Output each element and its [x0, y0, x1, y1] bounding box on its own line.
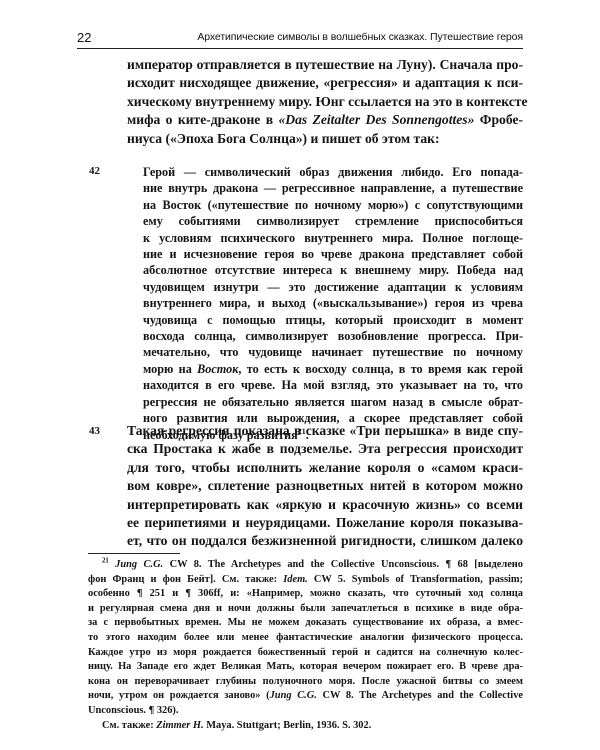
italic-word: Восток	[197, 362, 238, 376]
text-line: ска Простака к жабе в подземелье. Эта ре…	[127, 440, 523, 458]
margin-paragraph-number: 43	[89, 425, 100, 437]
footnote-line: Каждое утро из моря рождается божественн…	[88, 646, 523, 661]
quote-line: к условиям психического внутреннего мира…	[143, 230, 523, 246]
text-fragment: См. также:	[102, 720, 156, 731]
footnote-line: ночи, утром он рождается заново» (Jung C…	[88, 689, 523, 704]
text-line: ее перипетиями и неурядицами. Пожелание …	[127, 514, 523, 532]
intro-paragraph: император отправляется в путешествие на …	[127, 56, 523, 148]
quote-line: мечательно, что чудовище начинает путеше…	[143, 344, 523, 360]
text-line: Такая регрессия показана в сказке «Три п…	[127, 422, 523, 440]
footnote-line: то этого находим более или менее фантаст…	[88, 631, 523, 646]
quote-line: ние и исчезновение героя во чреве дракон…	[143, 246, 523, 262]
text-line: мифа о ките-драконе в «Das Zeitalter Des…	[127, 111, 523, 129]
text-fragment: CW 8. The Archetypes and the Collective	[317, 690, 523, 701]
text-fragment: Фробе-	[474, 112, 523, 127]
quote-line: морю на Восток, то есть к восходу солнца…	[143, 361, 523, 377]
running-title: Архетипические символы в волшебных сказк…	[197, 31, 523, 43]
text-fragment: , то есть к восходу солнца, в то время к…	[238, 362, 523, 376]
quote-line: чудовищем изнутри — это достижение адапт…	[143, 279, 523, 295]
running-header: 22 Архетипические символы в волшебных ск…	[77, 28, 523, 49]
footnote-line: См. также: Zimmer H. Maya. Stuttgart; Be…	[88, 719, 523, 734]
footnote-line: и регулярная смена дня и ночи должны был…	[88, 602, 523, 617]
footnote-number: 21	[102, 558, 109, 565]
text-line: император отправляется в путешествие на …	[127, 56, 523, 74]
text-line: интерпретировать как «яркую и красочную …	[127, 496, 523, 514]
text-line: ниуса («Эпоха Бога Солнца») и пишет об э…	[127, 130, 523, 148]
quote-line: Герой — символический образ движения либ…	[143, 164, 523, 180]
text-fragment: мифа о ките-драконе в	[127, 112, 278, 127]
quote-line: восхода солнца, символизирует возобновле…	[143, 328, 523, 344]
footnote-line: за с первобытных времен. Мы не можем док…	[88, 616, 523, 631]
text-fragment: ночи, утром он рождается заново» (	[88, 690, 270, 701]
quote-line: ему событиями символизирует стремление п…	[143, 213, 523, 229]
author-italic: Zimmer H.	[156, 720, 203, 731]
italic-word: Idem.	[283, 574, 308, 585]
text-line: вом ковре», сплетение разноцветных нитей…	[127, 477, 523, 495]
author-italic: Jung C.G.	[270, 690, 317, 701]
footnote-21: 21 Jung C.G. CW 8. The Archetypes and th…	[88, 558, 523, 733]
quote-line: чудовища с помощью птицы, который происх…	[143, 312, 523, 328]
text-line: исходит нисходящее движение, «регрессия»…	[127, 74, 523, 92]
margin-paragraph-number: 42	[89, 165, 100, 177]
footnote-line: кона он переворачивает глубины полуночно…	[88, 675, 523, 690]
footnote-line: особенно ¶ 251 и ¶ 306ff, и: «Например, …	[88, 587, 523, 602]
footnote-line: Unconscious. ¶ 326).	[88, 704, 523, 719]
text-line: хическому внутреннему миру. Юнг ссылаетс…	[127, 93, 523, 111]
quote-line: на Восток («путешествие по ночному морю»…	[143, 197, 523, 213]
author-italic: Jung C.G.	[115, 559, 163, 570]
text-fragment: морю на	[143, 362, 197, 376]
footnote-divider	[88, 553, 180, 554]
text-fragment: фон Франц и фон Бейт]. См. также:	[88, 574, 283, 585]
page-number: 22	[77, 30, 91, 45]
book-page: 22 Архетипические символы в волшебных ск…	[0, 0, 600, 750]
text-line: ет, что он поддался безжизненной ригидно…	[127, 532, 523, 550]
footnote-line: 21 Jung C.G. CW 8. The Archetypes and th…	[88, 558, 523, 573]
book-title-italic: «Das Zeitalter Des Sonnengottes»	[278, 112, 474, 127]
text-line: для того, чтобы исполнить желание короля…	[127, 459, 523, 477]
quote-line: регрессия не обязательно является шагом …	[143, 394, 523, 410]
footnote-line: ницу. На Западе его ждет Великая Мать, к…	[88, 660, 523, 675]
quote-line: ние внутрь дракона — регрессивное направ…	[143, 180, 523, 196]
text-fragment: CW 8. The Archetypes and the Collective …	[163, 559, 523, 570]
quote-line: внутреннего мира, и выход («выскальзыван…	[143, 295, 523, 311]
text-fragment: CW 5. Symbols of Transformation, passim;	[308, 574, 523, 585]
paragraph-43: Такая регрессия показана в сказке «Три п…	[127, 422, 523, 551]
footnote-line: фон Франц и фон Бейт]. См. также: Idem. …	[88, 573, 523, 588]
text-fragment: Maya. Stuttgart; Berlin, 1936. S. 302.	[204, 720, 372, 731]
quote-line: находится в его чреве. На мой взгляд, эт…	[143, 377, 523, 393]
block-quote: Герой — символический образ движения либ…	[143, 164, 523, 443]
quote-line: абсолютное отсутствие интереса к внешнем…	[143, 262, 523, 278]
